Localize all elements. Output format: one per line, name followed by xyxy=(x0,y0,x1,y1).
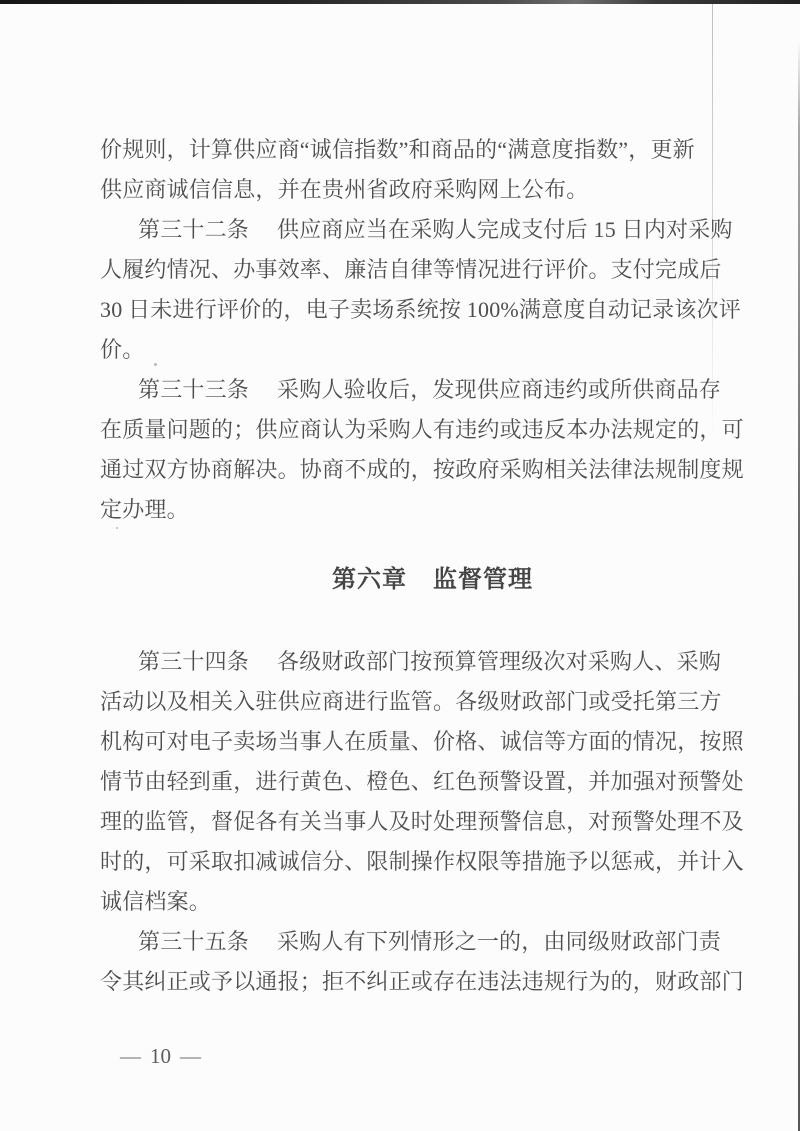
page-number-footer: —10— xyxy=(120,1044,210,1069)
paragraph-line: 时的，可采取扣减诚信分、限制操作权限等措施予以惩戒，并计入 xyxy=(100,842,740,882)
paragraph-line: 情节由轻到重，进行黄色、橙色、红色预警设置，并加强对预警处 xyxy=(100,762,740,802)
line-text: 价。 xyxy=(100,337,144,362)
footer-dash-right: — xyxy=(180,1044,201,1068)
page-number: 10 xyxy=(150,1044,171,1068)
paragraph-line: 供应商诚信信息，并在贵州省政府采购网上公布。 xyxy=(100,170,740,210)
paragraph-line: 通过双方协商解决。协商不成的，按政府采购相关法律法规制度规 xyxy=(100,450,740,490)
line-text: 供应商应当在采购人完成支付后 15 日内对采购 xyxy=(277,217,733,242)
body-text-block-lower: 第三十四条各级财政部门按预算管理级次对采购人、采购 活动以及相关入驻供应商进行监… xyxy=(100,642,740,1002)
article-number: 第三十二条 xyxy=(138,217,249,242)
line-text: 30 日未进行评价的，电子卖场系统按 100%满意度自动记录该次评 xyxy=(100,297,741,322)
article-number: 第三十五条 xyxy=(138,929,249,954)
paragraph-line-article-34: 第三十四条各级财政部门按预算管理级次对采购人、采购 xyxy=(100,642,740,682)
line-text: 在质量问题的；供应商认为采购人有违约或违反本办法规定的，可 xyxy=(100,417,744,442)
paragraph-line: 理的监管，督促各有关当事人及时处理预警信息，对预警处理不及 xyxy=(100,802,740,842)
line-text: 时的，可采取扣减诚信分、限制操作权限等措施予以惩戒，并计入 xyxy=(100,849,744,874)
paragraph-line: 人履约情况、办事效率、廉洁自律等情况进行评价。支付完成后 xyxy=(100,250,740,290)
line-text: 各级财政部门按预算管理级次对采购人、采购 xyxy=(277,649,721,674)
scan-edge-top-line xyxy=(0,0,800,4)
line-text: 理的监管，督促各有关当事人及时处理预警信息，对预警处理不及 xyxy=(100,809,744,834)
line-text: 诚信档案。 xyxy=(100,889,211,914)
body-text-block-upper: 价规则，计算供应商“诚信指数”和商品的“满意度指数”，更新 供应商诚信信息，并在… xyxy=(100,130,740,530)
line-text: 通过双方协商解决。协商不成的，按政府采购相关法律法规制度规 xyxy=(100,457,744,482)
paragraph-line: 定办理。 xyxy=(100,490,740,530)
line-text: 令其纠正或予以通报；拒不纠正或存在违法违规行为的，财政部门 xyxy=(100,969,744,994)
article-number: 第三十三条 xyxy=(138,377,249,402)
footer-dash-left: — xyxy=(120,1044,141,1068)
line-text: 价规则，计算供应商“诚信指数”和商品的“满意度指数”，更新 xyxy=(100,137,695,162)
article-number: 第三十四条 xyxy=(138,649,249,674)
chapter-title: 监督管理 xyxy=(433,566,533,593)
paragraph-line-article-32: 第三十二条供应商应当在采购人完成支付后 15 日内对采购 xyxy=(100,210,740,250)
paragraph-line: 价规则，计算供应商“诚信指数”和商品的“满意度指数”，更新 xyxy=(100,130,740,170)
paragraph-line: 30 日未进行评价的，电子卖场系统按 100%满意度自动记录该次评 xyxy=(100,290,740,330)
paragraph-line: 在质量问题的；供应商认为采购人有违约或违反本办法规定的，可 xyxy=(100,410,740,450)
line-text: 机构可对电子卖场当事人在质量、价格、诚信等方面的情况，按照 xyxy=(100,729,744,754)
chapter-heading: 第六章监督管理 xyxy=(332,559,533,594)
line-text: 采购人有下列情形之一的，由同级财政部门责 xyxy=(277,929,721,954)
line-text: 供应商诚信信息，并在贵州省政府采购网上公布。 xyxy=(100,177,588,202)
paragraph-line: 令其纠正或予以通报；拒不纠正或存在违法违规行为的，财政部门 xyxy=(100,962,740,1002)
paragraph-line: 机构可对电子卖场当事人在质量、价格、诚信等方面的情况，按照 xyxy=(100,722,740,762)
line-text: 定办理。 xyxy=(100,497,189,522)
paragraph-line: 活动以及相关入驻供应商进行监管。各级财政部门或受托第三方 xyxy=(100,682,740,722)
line-text: 人履约情况、办事效率、廉洁自律等情况进行评价。支付完成后 xyxy=(100,257,722,282)
paragraph-line-article-35: 第三十五条采购人有下列情形之一的，由同级财政部门责 xyxy=(100,922,740,962)
line-text: 情节由轻到重，进行黄色、橙色、红色预警设置，并加强对预警处 xyxy=(100,769,744,794)
line-text: 采购人验收后，发现供应商违约或所供商品存 xyxy=(277,377,721,402)
paragraph-line-article-33: 第三十三条采购人验收后，发现供应商违约或所供商品存 xyxy=(100,370,740,410)
chapter-number: 第六章 xyxy=(332,566,407,593)
paragraph-line: 价。 xyxy=(100,330,740,370)
paragraph-line: 诚信档案。 xyxy=(100,882,740,922)
line-text: 活动以及相关入驻供应商进行监管。各级财政部门或受托第三方 xyxy=(100,689,722,714)
